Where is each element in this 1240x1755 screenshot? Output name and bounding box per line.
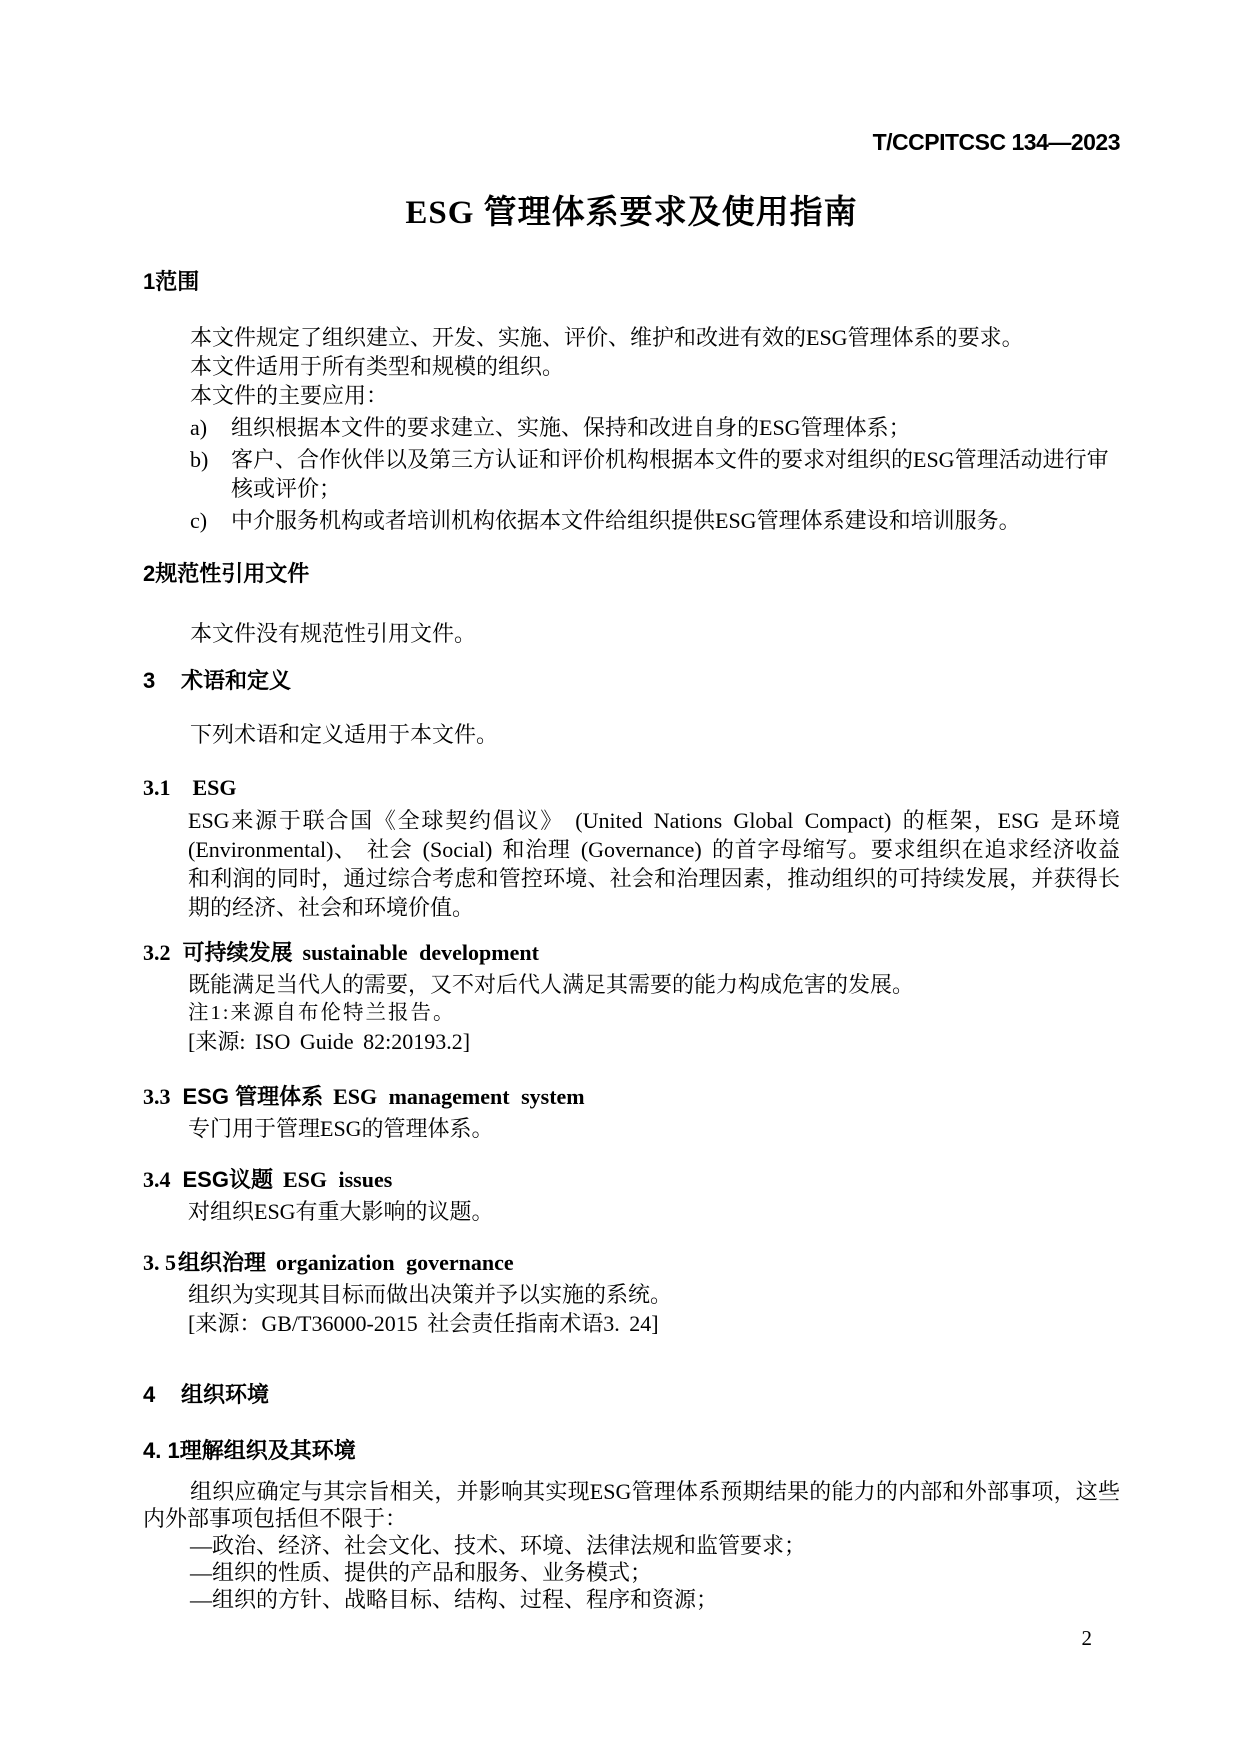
term-3-4-definition: 对组织ESG有重大影响的议题。 [188, 1197, 1120, 1226]
section-4-1-paragraph: 组织应确定与其宗旨相关，并影响其实现ESG管理体系预期结果的能力的内部和外部事项… [143, 1478, 1120, 1532]
list-item-text: 中介服务机构或者培训机构依据本文件给组织提供ESG管理体系建设和培训服务。 [231, 508, 1021, 533]
section-3-heading: 3术语和定义 [143, 668, 1120, 694]
term-name-en: ESG management system [333, 1084, 585, 1109]
term-name-en: ESG [193, 775, 237, 800]
section-2-paragraph: 本文件没有规范性引用文件。 [143, 619, 1120, 648]
list-item-marker: b) [190, 445, 208, 474]
term-name-zh: 可持续发展 [183, 940, 293, 965]
term-number: 3.4 [143, 1167, 171, 1192]
dash-bullet-1: —政治、经济、社会文化、技术、环境、法律法规和监管要求； [190, 1532, 1120, 1559]
section-3-intro: 下列术语和定义适用于本文件。 [143, 720, 1120, 749]
term-3-1-heading: 3.1ESG [143, 775, 1120, 801]
term-3-2-heading: 3.2可持续发展sustainable development [143, 940, 1120, 966]
page-title: ESG 管理体系要求及使用指南 [143, 193, 1120, 233]
list-item-marker: c) [190, 506, 207, 535]
term-name-zh: ESG 管理体系 [183, 1084, 324, 1109]
list-item-text: 组织根据本文件的要求建立、实施、保持和改进自身的ESG管理体系； [231, 415, 911, 440]
term-name-zh: ESG议题 [183, 1167, 273, 1192]
dash-bullet-3: —组织的方针、战略目标、结构、过程、程序和资源； [190, 1586, 1120, 1613]
section-1-paragraph-2: 本文件适用于所有类型和规模的组织。 [143, 352, 1120, 381]
section-1-paragraph-3: 本文件的主要应用： [143, 381, 1120, 410]
section-4-1-heading: 4. 1理解组织及其环境 [143, 1438, 1120, 1464]
term-3-2-source: [来源: ISO Guide 82:20193.2] [188, 1027, 1120, 1056]
term-3-5-definition: 组织为实现其目标而做出决策并予以实施的系统。 [188, 1280, 1120, 1309]
term-number: 3. 5 [143, 1250, 176, 1275]
list-item-c: c) 中介服务机构或者培训机构依据本文件给组织提供ESG管理体系建设和培训服务。 [143, 506, 1120, 535]
document-page: T/CCPITCSC 134—2023 ESG 管理体系要求及使用指南 1范围 … [0, 0, 1240, 1755]
list-item-a: a) 组织根据本文件的要求建立、实施、保持和改进自身的ESG管理体系； [143, 413, 1120, 442]
section-4-heading: 4组织环境 [143, 1382, 1120, 1408]
term-3-3-definition: 专门用于管理ESG的管理体系。 [188, 1114, 1120, 1143]
dash-bullet-2: —组织的性质、提供的产品和服务、业务模式； [190, 1559, 1120, 1586]
term-3-1-definition: ESG来源于联合国《全球契约倡议》 (United Nations Global… [188, 806, 1120, 922]
term-name-en: sustainable development [303, 940, 539, 965]
term-3-5-heading: 3. 5组织治理organization governance [143, 1250, 1120, 1276]
list-item-marker: a) [190, 413, 207, 442]
term-number: 3.1 [143, 775, 171, 800]
term-name-en: organization governance [276, 1250, 514, 1275]
term-3-2-note: 注1:来源自布伦特兰报告。 [188, 999, 1120, 1027]
term-name-zh: 组织治理 [178, 1250, 266, 1275]
section-3-number: 3 [143, 668, 181, 694]
section-2-heading: 2规范性引用文件 [143, 561, 1120, 587]
list-item-b: b) 客户、合作伙伴以及第三方认证和评价机构根据本文件的要求对组织的ESG管理活… [143, 445, 1120, 503]
term-number: 3.3 [143, 1084, 171, 1109]
term-3-5-source: [来源：GB/T36000-2015 社会责任指南术语3. 24] [188, 1309, 1120, 1338]
section-3-title: 术语和定义 [181, 668, 291, 693]
page-number: 2 [143, 1625, 1120, 1651]
section-1-heading: 1范围 [143, 269, 1120, 295]
term-number: 3.2 [143, 940, 171, 965]
section-4-title: 组织环境 [181, 1382, 269, 1407]
list-item-text: 客户、合作伙伴以及第三方认证和评价机构根据本文件的要求对组织的ESG管理活动进行… [231, 447, 1109, 501]
term-3-2-definition: 既能满足当代人的需要，又不对后代人满足其需要的能力构成危害的发展。 [188, 970, 1120, 999]
term-3-4-heading: 3.4ESG议题ESG issues [143, 1167, 1120, 1193]
term-name-en: ESG issues [283, 1167, 392, 1192]
section-1-paragraph-1: 本文件规定了组织建立、开发、实施、评价、维护和改进有效的ESG管理体系的要求。 [143, 323, 1120, 352]
term-3-3-heading: 3.3ESG 管理体系ESG management system [143, 1084, 1120, 1110]
section-1-list: a) 组织根据本文件的要求建立、实施、保持和改进自身的ESG管理体系； b) 客… [143, 413, 1120, 535]
section-4-number: 4 [143, 1382, 181, 1408]
doc-code: T/CCPITCSC 134—2023 [143, 131, 1120, 153]
